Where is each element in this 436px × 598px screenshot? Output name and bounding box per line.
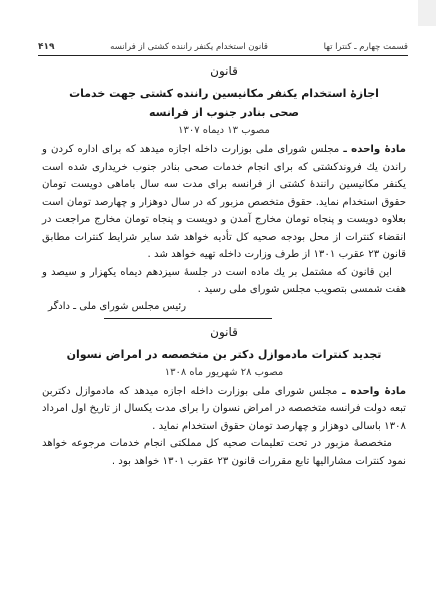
article-lead: مادهٔ واحده ـ: [342, 386, 406, 397]
scan-edge-mark: [418, 0, 436, 26]
article-paragraph: مادهٔ واحده ـ مجلس شورای ملی بوزارت داخل…: [42, 383, 406, 436]
approval-date: مصوب ۱۳ دیماه ۱۳۰۷: [42, 125, 406, 136]
second-paragraph: متخصصهٔ مزبور در تحت تعلیمات صحیه کل ممل…: [42, 435, 406, 470]
running-header: قسمت چهارم ـ کنترا تها قانون استخدام یکن…: [38, 38, 408, 52]
section-title: قسمت چهارم ـ کنترا تها: [324, 42, 408, 52]
law-section-1: قانون اجازهٔ استخدام یکنفر مکانیسین رانن…: [42, 64, 406, 321]
signature: رئیس مجلس شورای ملی ـ دادگر: [48, 301, 186, 312]
approval-date: مصوب ۲۸ شهریور ماه ۱۳۰۸: [42, 367, 406, 378]
closing-paragraph: این قانون که مشتمل بر یك ماده است در جلس…: [42, 264, 406, 299]
page-number: ۴۱۹: [38, 42, 54, 52]
law-label: قانون: [42, 325, 406, 339]
header-center-title: قانون استخدام یکنفر راننده کشتی از فرانس…: [110, 42, 268, 52]
law-section-2: قانون تجدید کنترات مادموازل دکتر بن متخص…: [42, 325, 406, 471]
law-title: تجدید کنترات مادموازل دکتر بن متخصصه در …: [42, 345, 406, 364]
law-title: اجازهٔ استخدام یکنفر مکانیسین راننده کشت…: [42, 84, 406, 122]
document-body: قانون اجازهٔ استخدام یکنفر مکانیسین رانن…: [42, 60, 406, 470]
article-text: مجلس شورای ملی بوزارت داخله اجازه میدهد …: [42, 144, 406, 260]
article-lead: مادهٔ واحده ـ: [343, 144, 406, 155]
article-paragraph: مادهٔ واحده ـ مجلس شورای ملی بوزارت داخل…: [42, 141, 406, 264]
signature-block: رئیس مجلس شورای ملی ـ دادگر: [42, 299, 406, 321]
law-label: قانون: [42, 64, 406, 78]
section-separator-rule: [104, 318, 272, 319]
header-rule: [38, 55, 408, 56]
document-page: قسمت چهارم ـ کنترا تها قانون استخدام یکن…: [0, 0, 436, 598]
